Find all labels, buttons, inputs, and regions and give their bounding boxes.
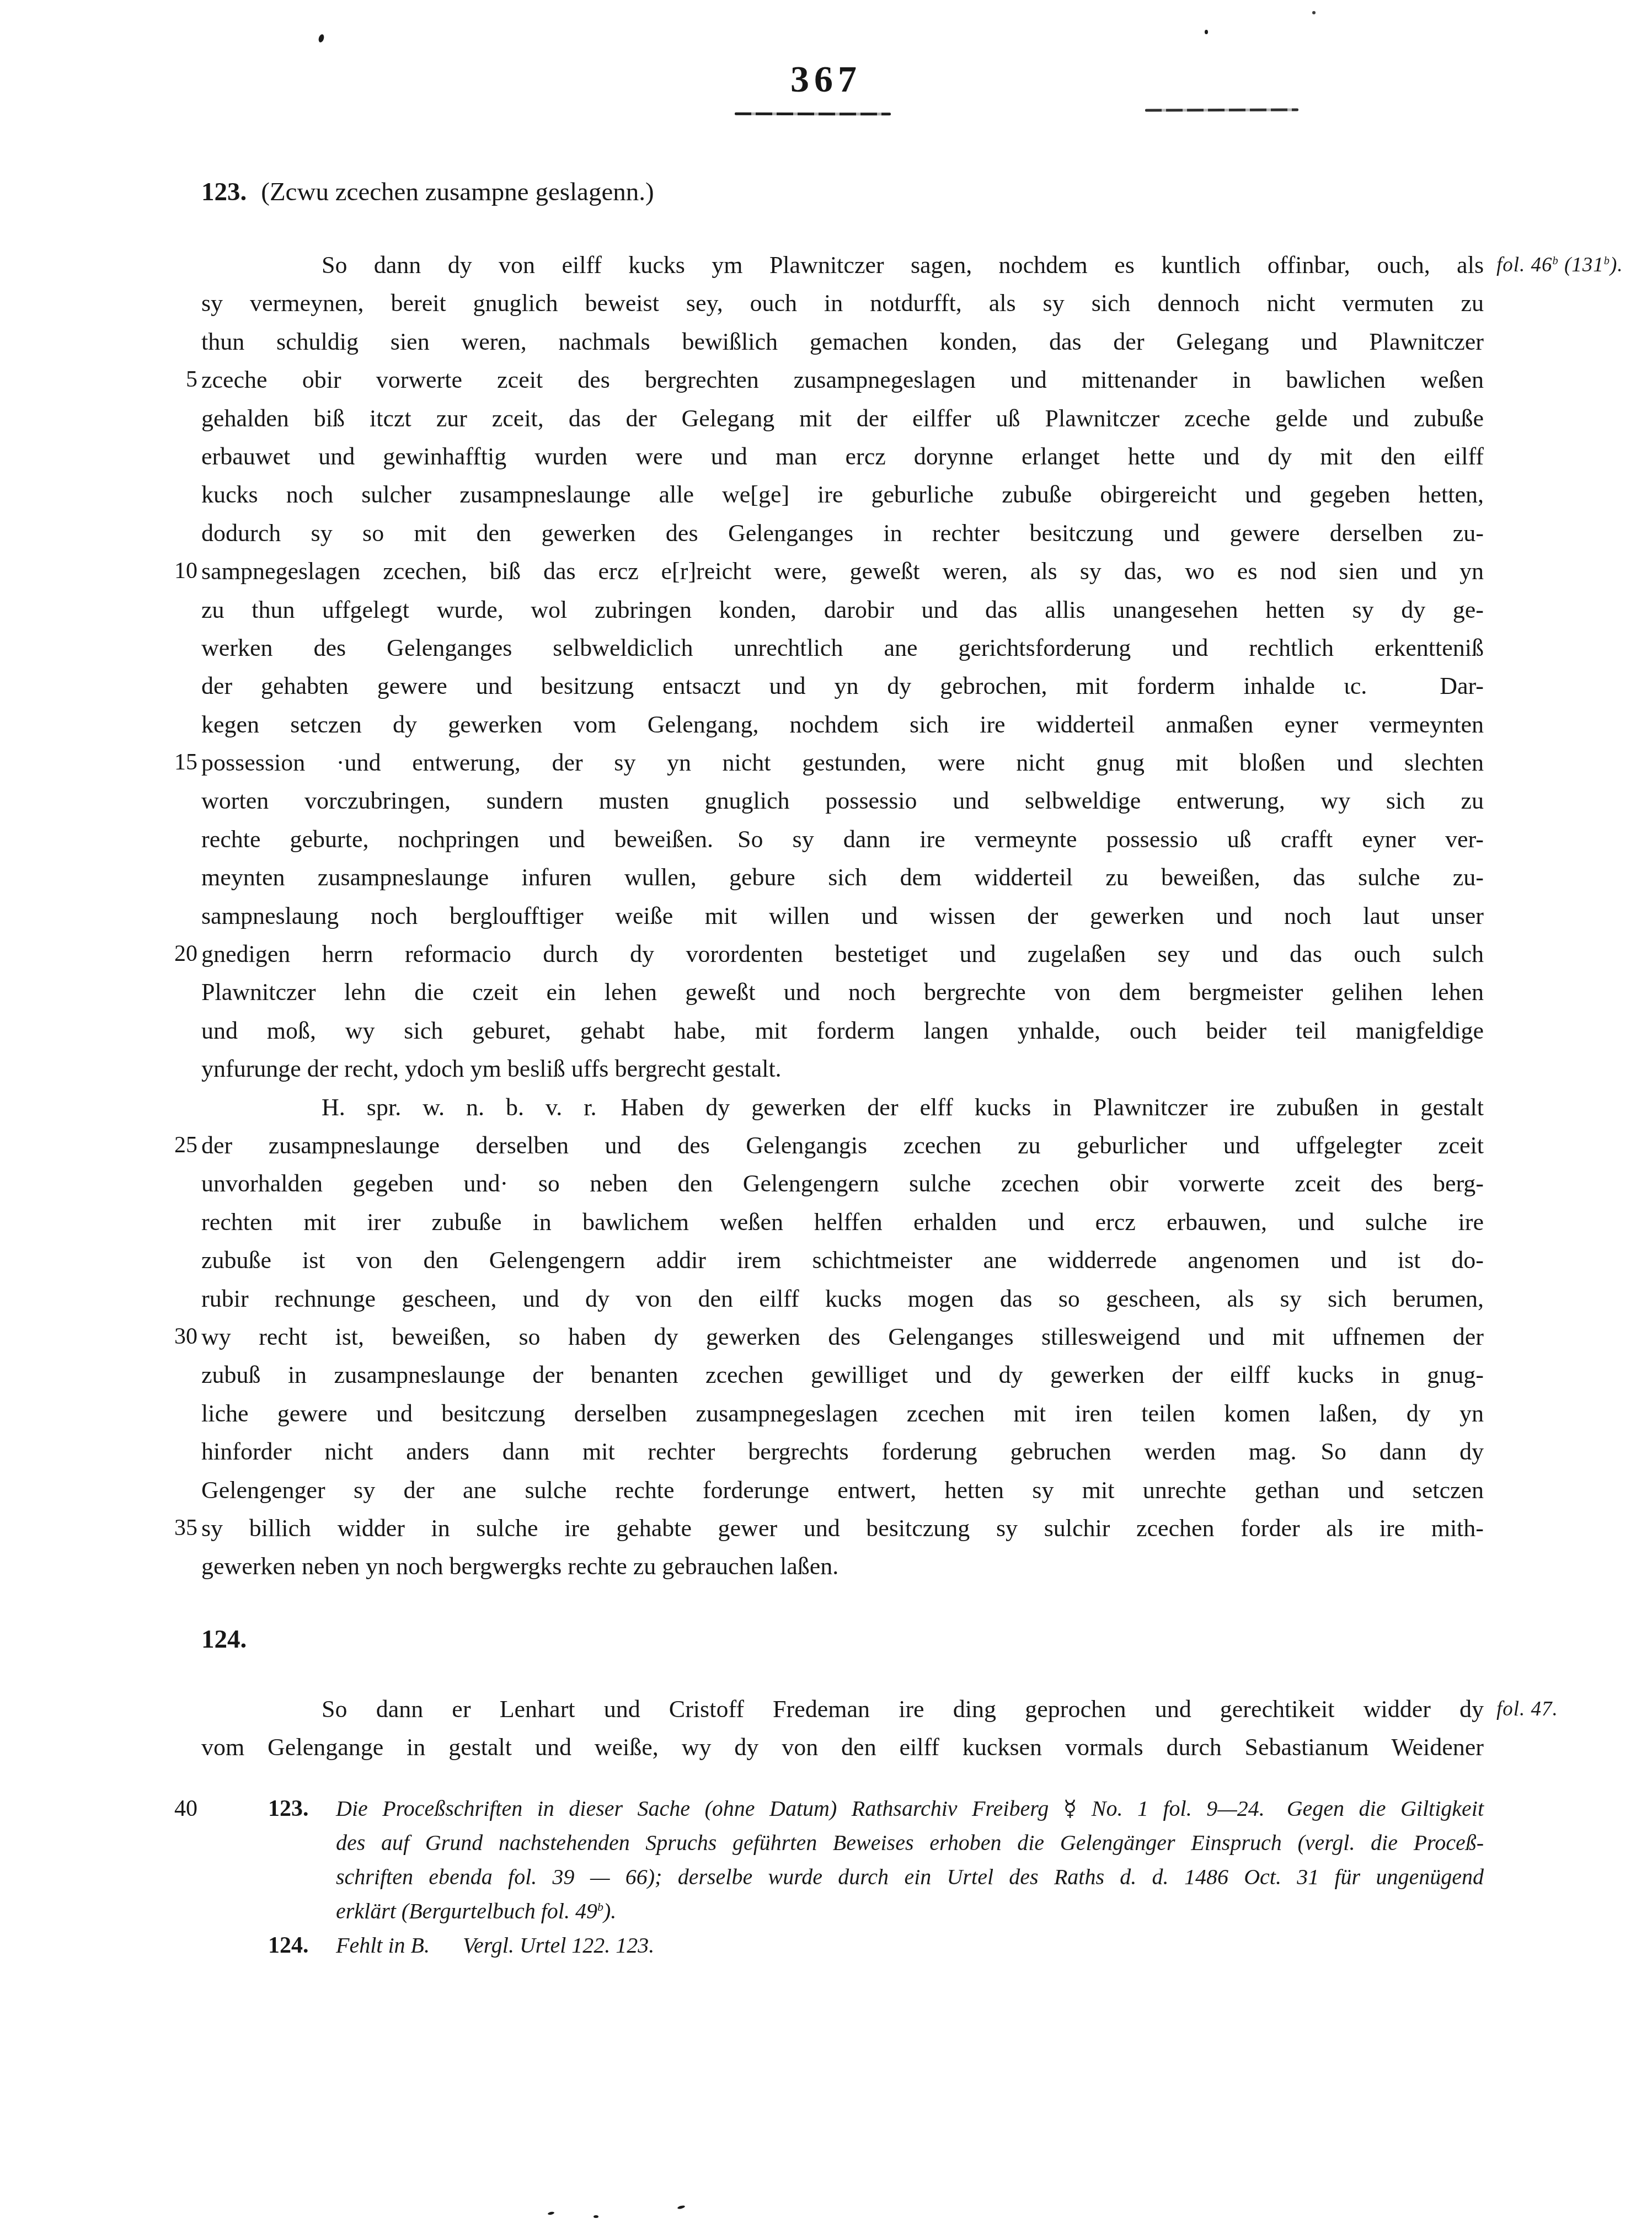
section-123-number: 123. <box>201 178 247 206</box>
text-line: zubuße ist von den Gelengengern addir ir… <box>201 1241 1484 1279</box>
text-line: vom Gelengange in gestalt und weiße, wy … <box>201 1728 1484 1766</box>
text-line: Plawnitczer lehn die czeit ein lehen gew… <box>201 973 1484 1011</box>
margin-line-number: 35 <box>137 1509 197 1547</box>
text-line: 5zceche obir vorwerte zceit des bergrech… <box>201 361 1484 399</box>
text-line-content: zceche obir vorwerte zceit des bergrecht… <box>201 361 1484 399</box>
text-line-content: meynten zusampneslaunge infuren wullen, … <box>201 858 1484 896</box>
text-line: 40Die Proceßschriften in dieser Sache (o… <box>201 1792 1484 1826</box>
margin-line-number: 30 <box>137 1318 197 1356</box>
footnote-number: 123. <box>268 1792 309 1826</box>
text-line-content: sy vermeynen, bereit gnuglich beweist se… <box>201 284 1484 322</box>
text-line: 25der zusampneslaunge derselben und des … <box>201 1126 1484 1164</box>
text-line: schriften ebenda fol. 39 — 66); derselbe… <box>201 1860 1484 1894</box>
text-line: Gelengenger sy der ane sulche rechte for… <box>201 1471 1484 1509</box>
section-124-number: 124. <box>201 1625 247 1654</box>
text-line: H. spr. w. n. b. v. r. Haben dy gewerken… <box>201 1088 1484 1126</box>
text-line: So dann er Lenhart und Cristoff Fredeman… <box>201 1690 1484 1728</box>
header-rule-right <box>1145 109 1298 112</box>
text-line: gehalden biß itczt zur zceit, das der Ge… <box>201 399 1484 437</box>
text-line: 15possession ·und entwerung, der sy yn n… <box>201 744 1484 782</box>
text-line: 30wy recht ist, beweißen, so haben dy ge… <box>201 1318 1484 1356</box>
text-line: 10sampnegeslagen zcechen, biß das ercz e… <box>201 552 1484 590</box>
text-line: kegen setczen dy gewerken vom Gelengang,… <box>201 705 1484 744</box>
paragraph-123: So dann dy von eilff kucks ym Plawnitcze… <box>201 246 1484 1586</box>
text-line: 35sy billich widder in sulche ire gehabt… <box>201 1509 1484 1547</box>
text-line-content: sy billich widder in sulche ire gehabte … <box>201 1509 1484 1547</box>
margin-line-number: 15 <box>137 744 197 782</box>
text-line: thun schuldig sien weren, nachmals bewiß… <box>201 323 1484 361</box>
text-line-content: werken des Gelenganges selbweldiclich un… <box>201 629 1484 667</box>
text-line: und moß, wy sich geburet, gehabt habe, m… <box>201 1012 1484 1050</box>
text-line-content: gehalden biß itczt zur zceit, das der Ge… <box>201 399 1484 437</box>
text-line-content: So dann dy von eilff kucks ym Plawnitcze… <box>201 246 1484 284</box>
text-line-content: worten vorczubringen, sundern musten gnu… <box>201 782 1484 820</box>
text-line-content: Gelengenger sy der ane sulche rechte for… <box>201 1471 1484 1509</box>
text-line-content: der zusampneslaunge derselben und des Ge… <box>201 1126 1484 1164</box>
margin-line-number: 25 <box>137 1126 197 1164</box>
text-line: werken des Gelenganges selbweldiclich un… <box>201 629 1484 667</box>
text-line: 20gnedigen herrn reformacio durch dy vor… <box>201 935 1484 973</box>
scan-artifact <box>677 2205 686 2209</box>
scan-artifact <box>1205 30 1208 34</box>
scan-artifact <box>548 2211 555 2215</box>
text-line: dodurch sy so mit den gewerken des Gelen… <box>201 514 1484 552</box>
text-line-content: zubuße ist von den Gelengengern addir ir… <box>201 1241 1484 1279</box>
scan-artifact <box>594 2215 598 2218</box>
text-line-content: der gehabten gewere und besitzung entsac… <box>201 667 1484 705</box>
text-line-content: schriften ebenda fol. 39 — 66); derselbe… <box>201 1860 1484 1894</box>
text-line: rechte geburte, nochpringen und beweißen… <box>201 820 1484 858</box>
margin-line-number: 40 <box>137 1792 197 1826</box>
text-line-content: liche gewere und besitczung derselben zu… <box>201 1394 1484 1432</box>
text-line: rechten mit irer zubuße in bawlichem weß… <box>201 1203 1484 1241</box>
text-line-content: Die Proceßschriften in dieser Sache (ohn… <box>201 1792 1484 1826</box>
text-line-content: gnedigen herrn reformacio durch dy voror… <box>201 935 1484 973</box>
text-line-content: gewerken neben yn noch bergwergks rechte… <box>201 1547 1484 1585</box>
text-line-content: possession ·und entwerung, der sy yn nic… <box>201 744 1484 782</box>
margin-line-number: 10 <box>137 552 197 590</box>
text-line: erbauwet und gewinhafftig wurden were un… <box>201 437 1484 475</box>
text-line-content: erbauwet und gewinhafftig wurden were un… <box>201 437 1484 475</box>
text-line-content: rechte geburte, nochpringen und beweißen… <box>201 820 1484 858</box>
text-line: erklärt (Bergurtelbuch fol. 49b). <box>201 1894 1484 1928</box>
page-number: 367 <box>0 57 1652 101</box>
text-line-content: thun schuldig sien weren, nachmals bewiß… <box>201 323 1484 361</box>
text-line-content: wy recht ist, beweißen, so haben dy gewe… <box>201 1318 1484 1356</box>
text-line: gewerken neben yn noch bergwergks rechte… <box>201 1547 1484 1585</box>
text-line-content: rubir rechnunge gescheen, und dy von den… <box>201 1280 1484 1318</box>
text-line-content: erklärt (Bergurtelbuch fol. 49b). <box>201 1894 1484 1928</box>
text-line-content: Fehlt in B. Vergl. Urtel 122. 123. <box>201 1928 1484 1963</box>
text-line-content: ynfurunge der recht, ydoch ym besliß uff… <box>201 1050 1484 1088</box>
text-line-content: H. spr. w. n. b. v. r. Haben dy gewerken… <box>201 1088 1484 1126</box>
text-line: sy vermeynen, bereit gnuglich beweist se… <box>201 284 1484 322</box>
text-line: der gehabten gewere und besitzung entsac… <box>201 667 1484 705</box>
folio-margin-note: fol. 47. <box>1496 1690 1558 1728</box>
text-line-content: rechten mit irer zubuße in bawlichem weß… <box>201 1203 1484 1241</box>
text-line: liche gewere und besitczung derselben zu… <box>201 1394 1484 1432</box>
text-line-content: kegen setczen dy gewerken vom Gelengang,… <box>201 705 1484 744</box>
text-line: So dann dy von eilff kucks ym Plawnitcze… <box>201 246 1484 284</box>
margin-line-number: 20 <box>137 935 197 973</box>
folio-margin-note: fol. 46b (131b). <box>1496 246 1623 284</box>
text-line: rubir rechnunge gescheen, und dy von den… <box>201 1280 1484 1318</box>
margin-line-number: 5 <box>137 361 197 399</box>
text-line-content: vom Gelengange in gestalt und weiße, wy … <box>201 1728 1484 1766</box>
section-124-heading: 124. <box>201 1623 1484 1656</box>
book-page: 367 123.(Zcwu zcechen zusampne geslagenn… <box>0 0 1652 2229</box>
text-line: sampneslaung noch bergloufftiger weiße m… <box>201 897 1484 935</box>
text-line-content: zubuß in zusampneslaunge der benanten zc… <box>201 1356 1484 1394</box>
text-line-content: hinforder nicht anders dann mit rechter … <box>201 1432 1484 1471</box>
text-line-content: Plawnitczer lehn die czeit ein lehen gew… <box>201 973 1484 1011</box>
text-line: Fehlt in B. Vergl. Urtel 122. 123.124. <box>201 1928 1484 1963</box>
footnote-number: 124. <box>268 1928 309 1963</box>
footnotes: 40Die Proceßschriften in dieser Sache (o… <box>201 1792 1484 1963</box>
text-line-content: dodurch sy so mit den gewerken des Gelen… <box>201 514 1484 552</box>
text-line: des auf Grund nachstehenden Spruchs gefü… <box>201 1826 1484 1860</box>
text-line-content: sampnegeslagen zcechen, biß das ercz e[r… <box>201 552 1484 590</box>
scan-artifact <box>318 34 325 43</box>
text-line-content: unvorhalden gegeben und· so neben den Ge… <box>201 1164 1484 1202</box>
section-123-title: (Zcwu zcechen zusampne geslagenn.) <box>261 178 654 206</box>
text-line: zu thun uffgelegt wurde, wol zubringen k… <box>201 591 1484 629</box>
text-line: ynfurunge der recht, ydoch ym besliß uff… <box>201 1050 1484 1088</box>
text-line: zubuß in zusampneslaunge der benanten zc… <box>201 1356 1484 1394</box>
text-line: worten vorczubringen, sundern musten gnu… <box>201 782 1484 820</box>
scan-artifact <box>1312 11 1316 14</box>
text-line: unvorhalden gegeben und· so neben den Ge… <box>201 1164 1484 1202</box>
text-line-content: und moß, wy sich geburet, gehabt habe, m… <box>201 1012 1484 1050</box>
section-123-heading: 123.(Zcwu zcechen zusampne geslagenn.) <box>201 175 1484 209</box>
text-line-content: zu thun uffgelegt wurde, wol zubringen k… <box>201 591 1484 629</box>
text-line-content: kucks noch sulcher zusampneslaunge alle … <box>201 475 1484 514</box>
text-line-content: sampneslaung noch bergloufftiger weiße m… <box>201 897 1484 935</box>
text-line: meynten zusampneslaunge infuren wullen, … <box>201 858 1484 896</box>
paragraph-124: So dann er Lenhart und Cristoff Fredeman… <box>201 1690 1484 1767</box>
text-line-content: So dann er Lenhart und Cristoff Fredeman… <box>201 1690 1484 1728</box>
header-rule-left <box>735 113 891 116</box>
text-line: hinforder nicht anders dann mit rechter … <box>201 1432 1484 1471</box>
text-line-content: des auf Grund nachstehenden Spruchs gefü… <box>201 1826 1484 1860</box>
text-line: kucks noch sulcher zusampneslaunge alle … <box>201 475 1484 514</box>
